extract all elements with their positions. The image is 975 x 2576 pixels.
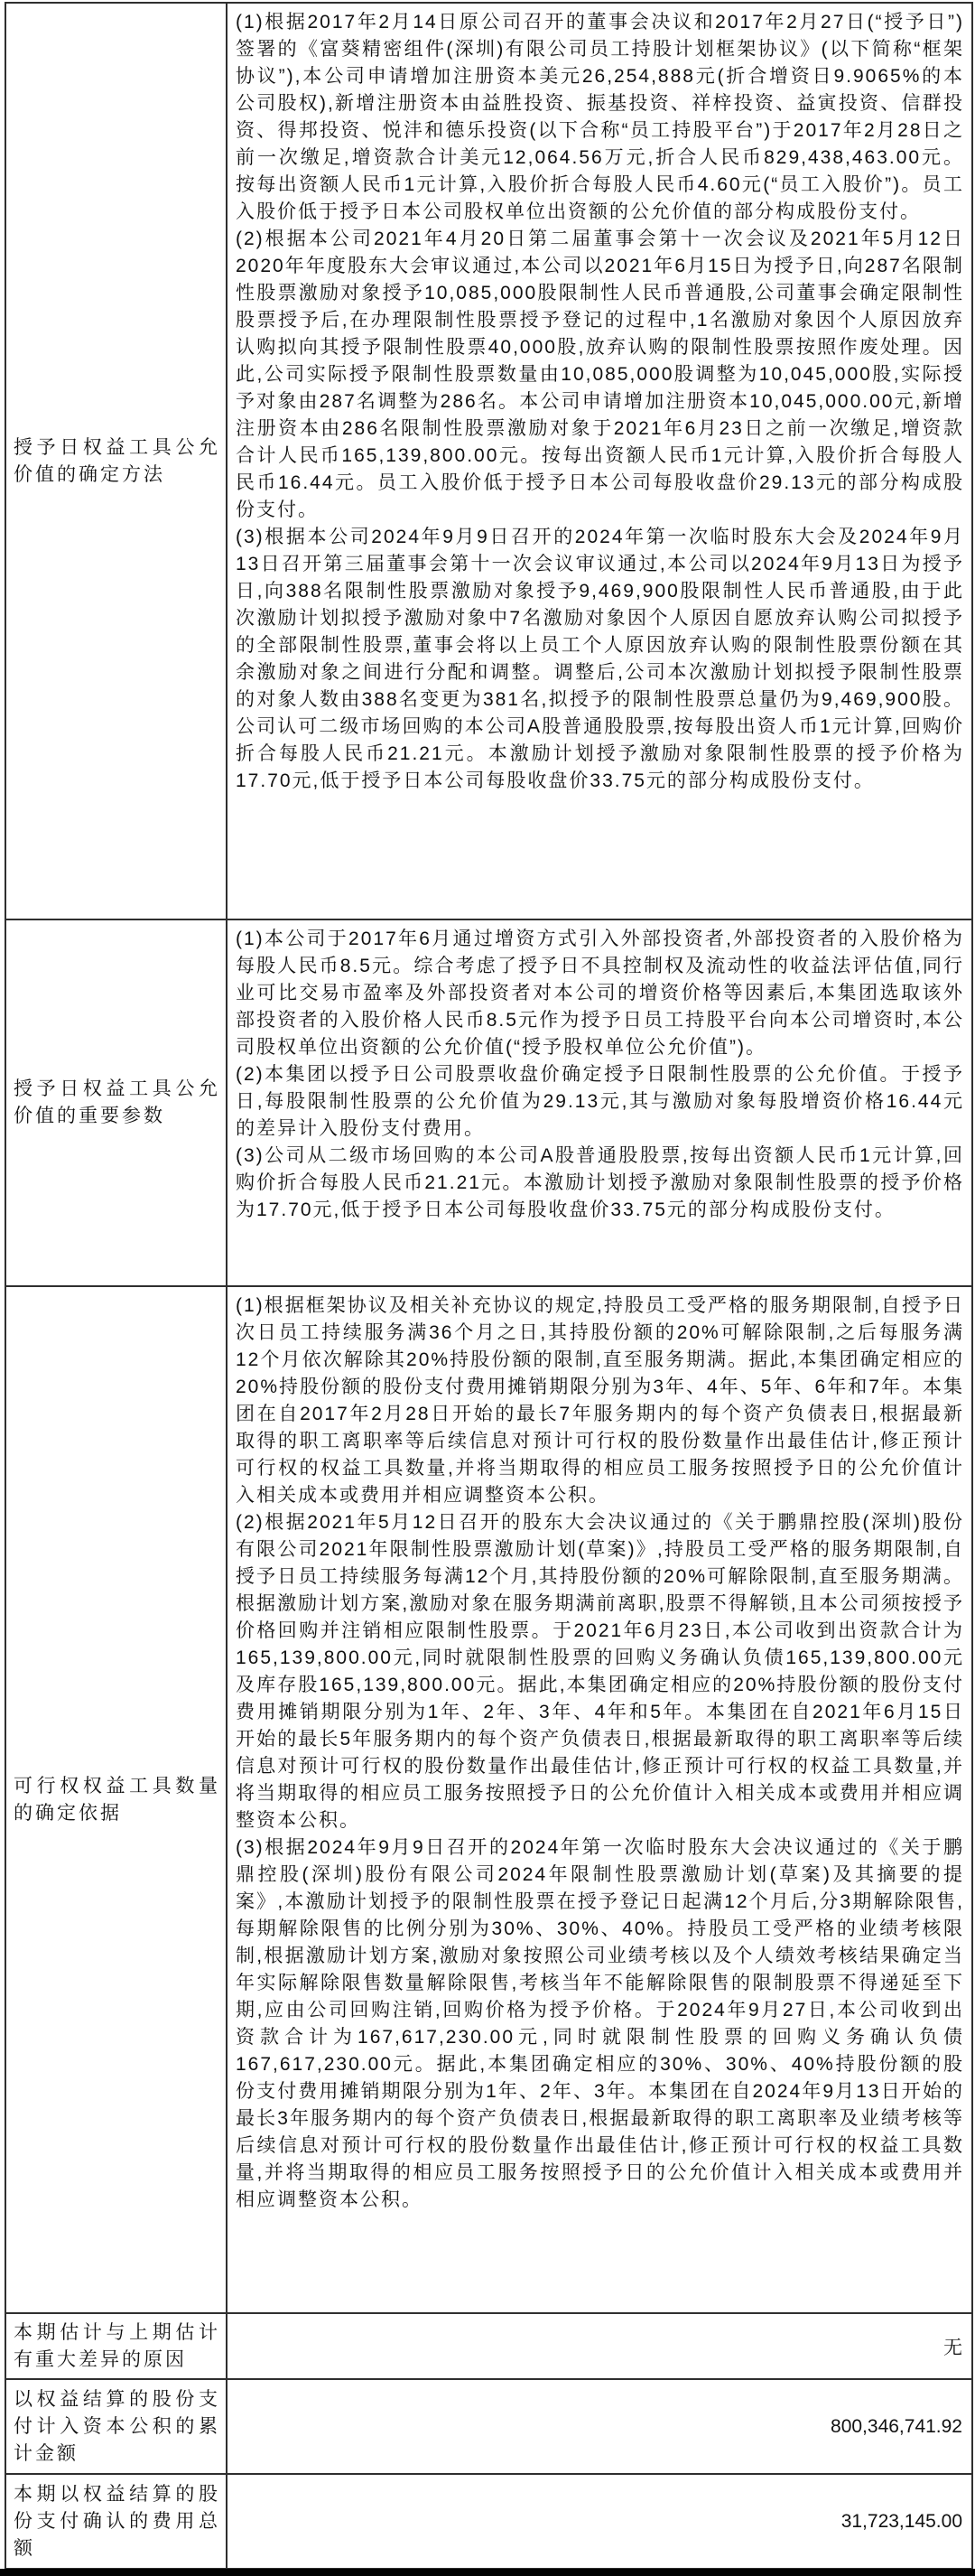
table-row: 授予日权益工具公允价值的重要参数(1)本公司于2017年6月通过增资方式引入外部…: [5, 919, 972, 1286]
share-payment-disclosure-table: 授予日权益工具公允价值的确定方法(1)根据2017年2月14日原公司召开的董事会…: [5, 2, 973, 2570]
content-paragraph: (2)根据本公司2021年4月20日第二届董事会第十一次会议及2021年5月12…: [236, 226, 964, 524]
row-content: (1)根据框架协议及相关补充协议的规定,持股员工受严格的服务期限制,自授予日次日…: [227, 1286, 972, 2313]
table-row: 本期以权益结算的股份支付确认的费用总额31,723,145.00: [5, 2474, 972, 2569]
table-row: 授予日权益工具公允价值的确定方法(1)根据2017年2月14日原公司召开的董事会…: [5, 3, 972, 919]
content-paragraph: (2)本集团以授予日公司股票收盘价确定授予日限制性股票的公允价值。于授予日,每股…: [236, 1061, 964, 1143]
row-label: 授予日权益工具公允价值的确定方法: [5, 3, 227, 919]
content-paragraph: (3)公司从二级市场回购的本公司A股普通股股票,按每出资额人民币1元计算,回购价…: [236, 1143, 964, 1224]
row-label: 本期估计与上期估计有重大差异的原因: [5, 2313, 227, 2379]
table-row: 可行权权益工具数量的确定依据(1)根据框架协议及相关补充协议的规定,持股员工受严…: [5, 1286, 972, 2313]
content-paragraph: (1)根据框架协议及相关补充协议的规定,持股员工受严格的服务期限制,自授予日次日…: [236, 1293, 964, 1509]
content-paragraph: (1)根据2017年2月14日原公司召开的董事会决议和2017年2月27日(“授…: [236, 9, 964, 226]
row-content: (1)根据2017年2月14日原公司召开的董事会决议和2017年2月27日(“授…: [227, 3, 972, 919]
row-label: 本期以权益结算的股份支付确认的费用总额: [5, 2474, 227, 2569]
row-label: 以权益结算的股份支付计入资本公积的累计金额: [5, 2379, 227, 2474]
row-label: 授予日权益工具公允价值的重要参数: [5, 919, 227, 1286]
row-value: 800,346,741.92: [227, 2379, 972, 2474]
table-row: 以权益结算的股份支付计入资本公积的累计金额800,346,741.92: [5, 2379, 972, 2474]
content-paragraph: (3)根据2024年9月9日召开的2024年第一次临时股东大会决议通过的《关于鹏…: [236, 1834, 964, 2214]
row-label: 可行权权益工具数量的确定依据: [5, 1286, 227, 2313]
row-value: 31,723,145.00: [227, 2474, 972, 2569]
bottom-edge-bar: [0, 2569, 975, 2576]
document-page: 授予日权益工具公允价值的确定方法(1)根据2017年2月14日原公司召开的董事会…: [0, 0, 975, 2576]
row-content: (1)本公司于2017年6月通过增资方式引入外部投资者,外部投资者的入股价格为每…: [227, 919, 972, 1286]
row-value: 无: [227, 2313, 972, 2379]
table-body: 授予日权益工具公允价值的确定方法(1)根据2017年2月14日原公司召开的董事会…: [5, 3, 972, 2569]
content-paragraph: (3)根据本公司2024年9月9日召开的2024年第一次临时股东大会及2024年…: [236, 524, 964, 795]
content-paragraph: (2)根据2021年5月12日召开的股东大会决议通过的《关于鹏鼎控股(深圳)股份…: [236, 1509, 964, 1834]
table-row: 本期估计与上期估计有重大差异的原因无: [5, 2313, 972, 2379]
content-paragraph: (1)本公司于2017年6月通过增资方式引入外部投资者,外部投资者的入股价格为每…: [236, 926, 964, 1061]
